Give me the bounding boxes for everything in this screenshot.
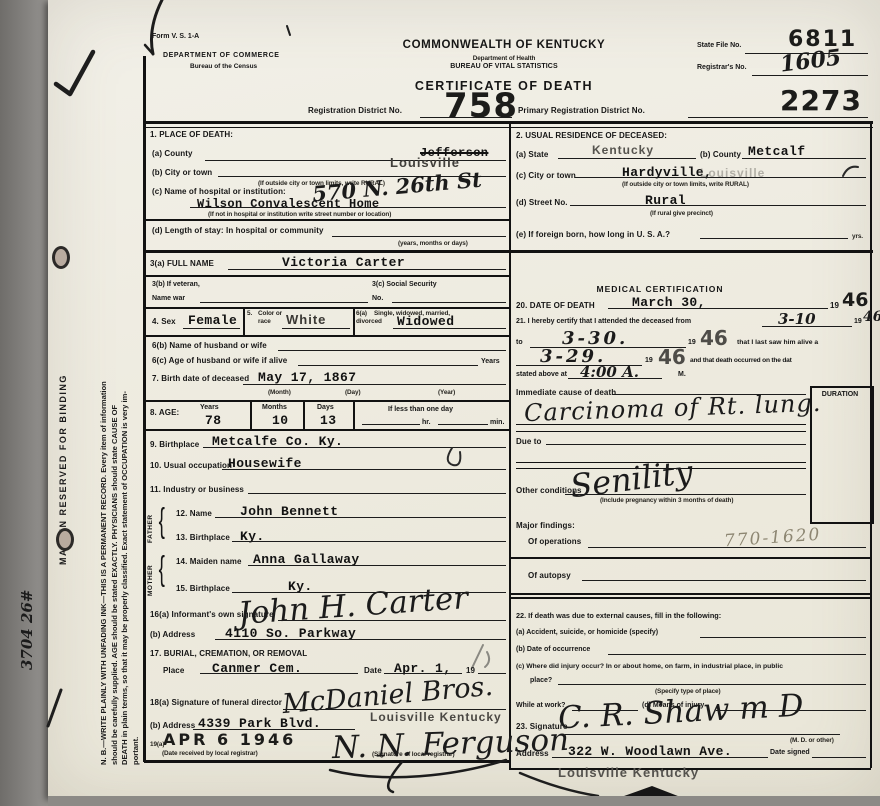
residence-squiggle xyxy=(843,167,858,176)
registrar-signature-flourish xyxy=(330,760,506,777)
slash-mark xyxy=(48,690,61,726)
pen-arrow-stroke xyxy=(151,0,162,54)
handwritten-marks-overlay xyxy=(0,0,880,806)
occupation-pen-mark xyxy=(448,448,461,465)
scan-artifact-stroke xyxy=(520,773,598,796)
scanned-death-certificate: N. B.—WRITE PLAINLY WITH UNFADING INK—TH… xyxy=(0,0,880,806)
tick-mark xyxy=(287,26,290,35)
checkmark-icon xyxy=(56,52,93,94)
burial-date-pen-mark xyxy=(472,645,489,668)
scan-bottom-edge xyxy=(48,796,880,806)
